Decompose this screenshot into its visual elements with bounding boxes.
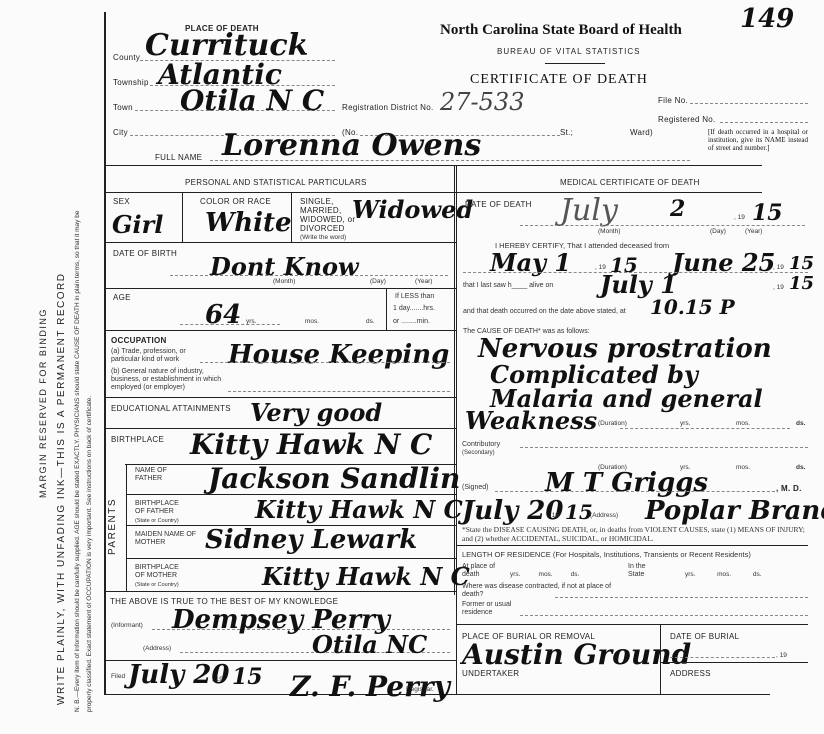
race-value: White: [205, 208, 292, 238]
row-rule-2: [104, 288, 456, 289]
marital-label: SINGLE, MARRIED, WIDOWED, or DIVORCED: [300, 197, 360, 233]
dod-day-label: (Day): [710, 228, 726, 235]
dob-day-label: (Day): [370, 278, 386, 285]
signed-year-value: 15: [565, 500, 593, 524]
last-saw-label: that I last saw h____ alive on: [463, 282, 553, 289]
duration-ds-2: ds.: [796, 464, 805, 471]
occupation-a-label: (a) Trade, profession, or particular kin…: [111, 348, 206, 364]
township-label: Township: [113, 78, 149, 87]
education-label: EDUCATIONAL ATTAINMENTS: [111, 404, 231, 413]
undertaker-label: UNDERTAKER: [462, 669, 519, 678]
bureau-title: BUREAU OF VITAL STATISTICS: [497, 47, 641, 56]
physician-signature: M T Griggs: [545, 468, 708, 498]
record-number: 149: [740, 4, 794, 34]
town-label: Town: [113, 103, 133, 112]
dob-line: [170, 275, 448, 276]
header-divider: [104, 165, 762, 166]
cause-footnote: *State the DISEASE CAUSING DEATH, or, in…: [462, 525, 812, 543]
age-mos-label: mos.: [305, 318, 319, 325]
margin-note-line2: properly classified. Exact statement of …: [86, 396, 93, 712]
signed-label: (Signed): [462, 484, 488, 491]
attend-to-year-value: 15: [789, 253, 814, 274]
race-divider: [291, 192, 292, 242]
personal-heading: PERSONAL AND STATISTICAL PARTICULARS: [185, 178, 367, 187]
hospital-note: [If death occurred in a hospital or inst…: [708, 128, 808, 152]
file-no-line: [690, 103, 808, 104]
street-label: St.;: [560, 128, 573, 137]
burial-date-line: [670, 657, 775, 658]
dod-line: [520, 225, 805, 226]
parents-bottom-rule: [104, 591, 456, 592]
in-state-units: yrs. mos. ds.: [685, 571, 762, 578]
death-time-value: 10.15 P: [650, 295, 735, 319]
filed-year-prefix: , 19: [212, 676, 223, 683]
mother-birthplace-label: BIRTHPLACE OF MOTHER: [135, 564, 190, 580]
education-value: Very good: [250, 398, 382, 427]
less-than-label: If LESS than: [395, 293, 434, 300]
secondary-label: (Secondary): [462, 450, 495, 456]
duration-mos-2: mos.: [736, 464, 750, 471]
death-time-label: and that death occurred on the date abov…: [463, 308, 626, 315]
at-place-label: At place of death: [462, 563, 502, 579]
undertaker-address-label: ADDRESS: [670, 669, 711, 678]
dod-label: DATE OF DEATH: [465, 200, 532, 209]
father-state-hint: (State or Country): [135, 518, 179, 524]
filed-label: Filed: [111, 673, 125, 680]
registration-value: 27-533: [440, 88, 524, 116]
file-no-label: File No.: [658, 96, 688, 105]
full-name-label: FULL NAME: [155, 153, 202, 162]
father-birthplace-value: Kitty Hawk N C: [255, 495, 463, 524]
less-min-label: or ........min.: [393, 318, 430, 325]
mother-name-label: MAIDEN NAME OF MOTHER: [135, 531, 200, 547]
dod-month-label: (Month): [598, 228, 620, 235]
at-place-units: yrs. mos. ds.: [510, 571, 579, 578]
age-yrs-label: yrs.: [246, 318, 256, 325]
signed-date-value: July 20: [462, 496, 563, 526]
margin-note-line1: N. B.—Every item of information should b…: [74, 211, 81, 712]
race-label: COLOR OR RACE: [200, 197, 271, 206]
birthplace-label: BIRTHPLACE: [111, 435, 164, 444]
mother-state-hint: (State or Country): [135, 582, 179, 588]
informant-address-value: Otila NC: [312, 630, 427, 659]
occupation-b-label: (b) General nature of industry, business…: [111, 368, 226, 392]
duration-yrs-1: yrs.: [680, 420, 690, 427]
registered-no-label: Registered No.: [658, 115, 716, 124]
informant-label: (Informant): [111, 622, 143, 629]
contributory-label: Contributory: [462, 441, 500, 448]
sex-value: Girl: [112, 210, 163, 239]
occupation-value: House Keeping: [228, 340, 449, 370]
duration-line-1: [620, 428, 790, 429]
last-saw-year-value: 15: [789, 273, 814, 294]
signed-line: [495, 491, 775, 492]
residence-heading: LENGTH OF RESIDENCE (For Hospitals, Inst…: [462, 550, 751, 559]
occupation-b-line: [228, 391, 450, 392]
burial-date-rule: [660, 662, 808, 663]
age-ds-label: ds.: [366, 318, 375, 325]
town-value: Otila N C: [180, 84, 324, 117]
sex-divider: [182, 192, 183, 242]
dod-day-value: 2: [670, 196, 685, 222]
filed-value: July 20: [128, 660, 229, 690]
dod-year-value: 15: [752, 200, 783, 226]
burial-place-value: Austin Ground: [462, 638, 691, 671]
mother-birthplace-value: Kitty Hawk N C: [262, 562, 470, 591]
age-value: 64: [205, 300, 241, 330]
duration-ds-1: ds.: [796, 420, 805, 427]
age-divider: [386, 288, 387, 330]
county-label: County: [113, 53, 140, 62]
parents-rule-3: [126, 558, 456, 559]
city-label: City: [113, 128, 128, 137]
margin-ink-text: WRITE PLAINLY, WITH UNFADING INK—THIS IS…: [56, 273, 67, 705]
signed-year-prefix: , 19: [548, 512, 559, 519]
informant-address-label: (Address): [143, 645, 171, 652]
burial-rule: [456, 624, 808, 625]
last-saw-year-prefix: , 19: [773, 284, 784, 291]
full-name-value: Lorenna Owens: [222, 128, 481, 163]
residence-rule: [456, 545, 808, 546]
contracted-line: [555, 597, 808, 598]
mother-name-value: Sidney Lewark: [205, 525, 417, 555]
burial-date-label: DATE OF BURIAL: [670, 632, 739, 641]
dob-year-label: (Year): [415, 278, 432, 285]
occupation-label: OCCUPATION: [111, 336, 167, 345]
filed-year-value: 15: [232, 664, 263, 690]
ward-label: Ward): [630, 128, 653, 137]
parents-divider: [126, 464, 127, 592]
physician-address-label: (Address): [590, 512, 618, 519]
former-residence-line: [520, 615, 808, 616]
birthplace-value: Kitty Hawk N C: [190, 428, 432, 461]
duration-label-1: (Duration): [598, 420, 627, 427]
header-rule: [545, 63, 605, 64]
medical-heading: MEDICAL CERTIFICATE OF DEATH: [560, 178, 700, 187]
less-hrs-label: 1 day.......hrs.: [393, 305, 435, 312]
duration-mos-1: mos.: [736, 420, 750, 427]
dob-label: DATE OF BIRTH: [113, 249, 177, 258]
registration-label: Registration District No.: [342, 103, 434, 112]
father-name-label: NAME OF FATHER: [135, 467, 185, 483]
row-rule-1: [104, 242, 456, 243]
personal-rule: [104, 192, 456, 193]
father-name-value: Jackson Sandlin: [208, 462, 460, 495]
center-divider: [456, 165, 457, 694]
physician-address-value: Poplar Branch: [645, 496, 824, 526]
occupation-a-line: [200, 362, 450, 363]
marital-value: Widowed: [352, 195, 473, 224]
dob-value: Dont Know: [210, 252, 359, 281]
md-label: , M. D.: [776, 484, 802, 493]
board-title: North Carolina State Board of Health: [440, 22, 682, 39]
cause-line-4: Weakness: [465, 406, 597, 435]
in-state-label: In the State: [628, 563, 658, 579]
father-birthplace-label: BIRTHPLACE OF FATHER: [135, 500, 190, 516]
parents-label: PARENTS: [107, 498, 118, 555]
registrar-signature: Z. F. Perry: [290, 670, 450, 703]
marital-hint: (Write the word): [300, 234, 346, 241]
dod-month-value: July: [560, 193, 618, 228]
registered-no-line: [720, 122, 808, 123]
contributory-line: [520, 447, 808, 448]
dob-month-label: (Month): [273, 278, 295, 285]
margin-reserved-text: MARGIN RESERVED FOR BINDING: [38, 308, 48, 498]
row-rule-3: [104, 330, 456, 331]
sex-label: SEX: [113, 197, 130, 206]
age-label: AGE: [113, 293, 131, 302]
age-line: [180, 324, 280, 325]
dod-year-prefix: , 19: [734, 214, 745, 221]
certificate-title: CERTIFICATE OF DEATH: [470, 72, 648, 88]
attend-to-year-prefix: , 19: [773, 264, 784, 271]
center-divider-inner: [454, 165, 455, 595]
burial-divider: [660, 624, 661, 694]
dod-year-label: (Year): [745, 228, 762, 235]
burial-year-label: , 19: [776, 652, 787, 659]
